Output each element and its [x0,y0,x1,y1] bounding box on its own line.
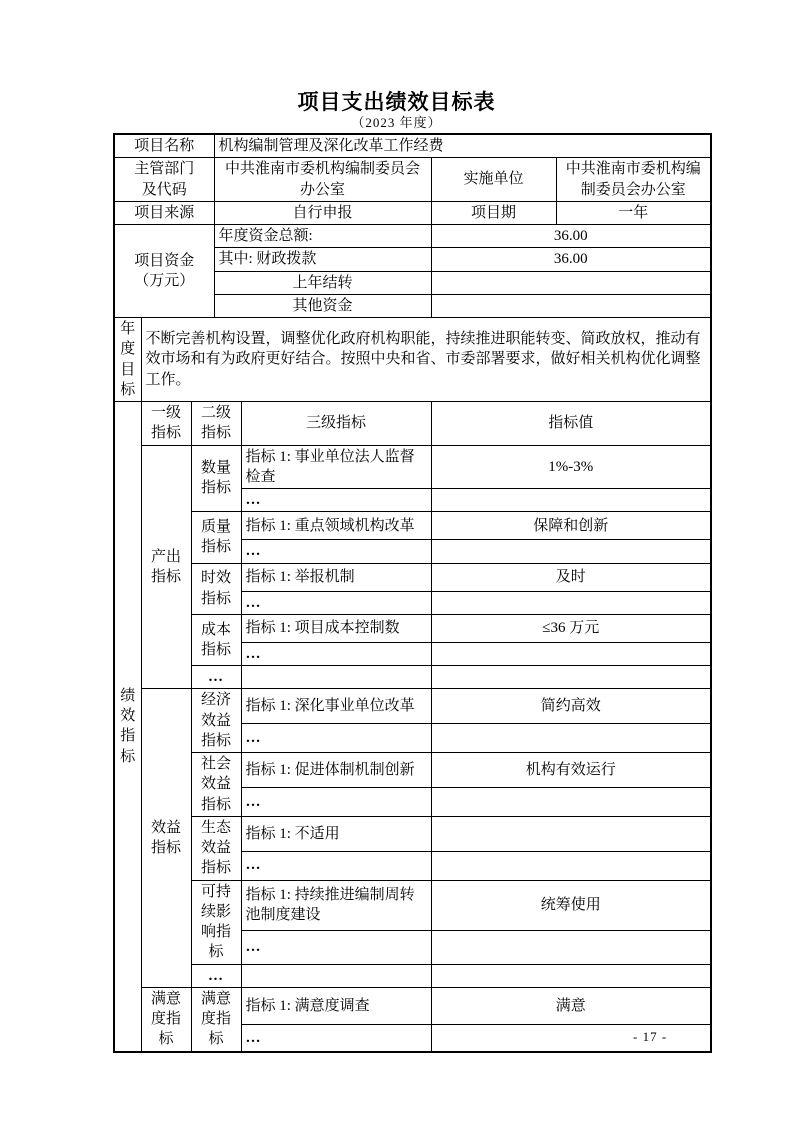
row-annual-goal: 年度目标 不断完善机构设置，调整优化政府机构职能，持续推进职能转变、简政放权，推… [114,318,711,402]
value-ecological [431,816,711,851]
row-source: 项目来源 自行申报 项目期 一年 [114,201,711,224]
value-economic: 简约高效 [431,689,711,724]
indicator-cost: 指标 1: 项目成本控制数 [241,614,431,642]
ellipsis-cell: … [241,642,431,665]
project-name-value: 机构编制管理及深化改革工作经费 [214,134,711,158]
implement-unit-label: 实施单位 [431,158,556,202]
indicator-social: 指标 1: 促进体制机制创新 [241,753,431,788]
indicator-ecological: 指标 1: 不适用 [241,816,431,851]
implement-unit-value: 中共淮南市委机构编制委员会办公室 [556,158,711,202]
ellipsis-cell: … [241,489,431,512]
department-label: 主管部门 及代码 [114,158,214,202]
ellipsis-cell: … [241,851,431,880]
empty-value-cell [431,591,711,614]
row-output-level2-ellipsis: … [114,666,711,689]
project-source-value: 自行申报 [214,201,431,224]
row-benefit-economic: 效益指标 经济效益指标 指标 1: 深化事业单位改革 简约高效 [114,689,711,724]
indicator-timeliness: 指标 1: 举报机制 [241,563,431,591]
project-period-label: 项目期 [431,201,556,224]
row-output-cost: 成本指标 指标 1: 项目成本控制数 ≤36 万元 [114,614,711,642]
ellipsis-cell: … [241,930,431,964]
fund-carryover-value [431,271,711,294]
row-satisfaction: 满意度指标 满意度指标 指标 1: 满意度调查 满意 [114,987,711,1024]
ellipsis-cell: … [241,787,431,816]
level2-economic: 经济效益指标 [191,689,241,753]
empty-value-cell [431,540,711,563]
level2-social: 社会效益指标 [191,753,241,817]
level1-benefit: 效益指标 [141,689,191,988]
indicator-sustainable: 指标 1: 持续推进编制周转池制度建设 [241,880,431,930]
empty-value-cell [431,930,711,964]
ellipsis-cell: … [191,964,241,987]
ellipsis-cell: … [241,724,431,753]
level2-timeliness: 时效指标 [191,563,241,614]
empty-indicator-cell [241,964,431,987]
level2-quantity: 数量指标 [191,445,241,512]
empty-value-cell [431,851,711,880]
value-cost: ≤36 万元 [431,614,711,642]
row-department: 主管部门 及代码 中共淮南市委机构编制委员会办公室 实施单位 中共淮南市委机构编… [114,158,711,202]
empty-value-cell [431,964,711,987]
ellipsis-cell: … [191,666,241,689]
row-fund-total: 项目资金 （万元） 年度资金总额: 36.00 [114,225,711,248]
level2-satisfaction: 满意度指标 [191,987,241,1051]
row-benefit-level2-ellipsis: … [114,964,711,987]
empty-value-cell [431,642,711,665]
level1-output: 产出指标 [141,445,191,689]
row-benefit-social: 社会效益指标 指标 1: 促进体制机制创新 机构有效运行 [114,753,711,788]
row-output-timeliness: 时效指标 指标 1: 举报机制 及时 [114,563,711,591]
ellipsis-cell: … [241,540,431,563]
level2-sustainable: 可持续影响指标 [191,880,241,964]
empty-value-cell [431,1025,711,1052]
level1-satisfaction: 满意度指标 [141,987,191,1051]
annual-goal-text: 不断完善机构设置，调整优化政府机构职能，持续推进职能转变、简政放权，推动有效市场… [141,318,711,402]
level2-ecological: 生态效益指标 [191,816,241,880]
fund-other-label: 其他资金 [214,294,431,317]
project-name-label: 项目名称 [114,134,214,158]
fund-total-label: 年度资金总额: [214,225,431,248]
empty-indicator-cell [241,666,431,689]
ellipsis-cell: … [241,591,431,614]
value-sustainable: 统筹使用 [431,880,711,930]
value-quantity: 1%-3% [431,445,711,489]
page-subtitle: （2023 年度） [0,112,793,131]
header-value: 指标值 [431,402,711,446]
value-satisfaction: 满意 [431,987,711,1024]
project-funds-label: 项目资金 （万元） [114,225,214,318]
empty-value-cell [431,489,711,512]
fund-other-value [431,294,711,317]
header-level3: 三级指标 [241,402,431,446]
header-level2: 二级指标 [191,402,241,446]
department-value: 中共淮南市委机构编制委员会办公室 [214,158,431,202]
row-output-quantity: 产出指标 数量指标 指标 1: 事业单位法人监督检查 1%-3% [114,445,711,489]
row-indicator-header: 绩效指标 一级指标 二级指标 三级指标 指标值 [114,402,711,446]
indicator-satisfaction: 指标 1: 满意度调查 [241,987,431,1024]
document-page: 项目支出绩效目标表 （2023 年度） 项目名称 机构编制管理及深化改革工作经费… [0,0,793,1122]
value-quality: 保障和创新 [431,512,711,540]
indicator-economic: 指标 1: 深化事业单位改革 [241,689,431,724]
value-social: 机构有效运行 [431,753,711,788]
project-source-label: 项目来源 [114,201,214,224]
fund-fiscal-label: 其中: 财政拨款 [214,248,431,271]
empty-value-cell [431,724,711,753]
row-output-quality: 质量指标 指标 1: 重点领域机构改革 保障和创新 [114,512,711,540]
indicator-quality: 指标 1: 重点领域机构改革 [241,512,431,540]
value-timeliness: 及时 [431,563,711,591]
fund-carryover-label: 上年结转 [214,271,431,294]
row-benefit-sustainable: 可持续影响指标 指标 1: 持续推进编制周转池制度建设 统筹使用 [114,880,711,930]
empty-value-cell [431,787,711,816]
indicator-quantity: 指标 1: 事业单位法人监督检查 [241,445,431,489]
fund-fiscal-value: 36.00 [431,248,711,271]
empty-value-cell [431,666,711,689]
performance-indicator-label: 绩效指标 [114,402,141,1052]
fund-total-value: 36.00 [431,225,711,248]
page-number: - 17 - [633,1029,667,1045]
row-benefit-ecological: 生态效益指标 指标 1: 不适用 [114,816,711,851]
performance-target-table: 项目名称 机构编制管理及深化改革工作经费 主管部门 及代码 中共淮南市委机构编制… [113,133,712,1053]
level2-quality: 质量指标 [191,512,241,563]
project-period-value: 一年 [556,201,711,224]
row-project-name: 项目名称 机构编制管理及深化改革工作经费 [114,134,711,158]
level2-cost: 成本指标 [191,614,241,665]
ellipsis-cell: … [241,1025,431,1052]
header-level1: 一级指标 [141,402,191,446]
annual-goal-label: 年度目标 [114,318,141,402]
